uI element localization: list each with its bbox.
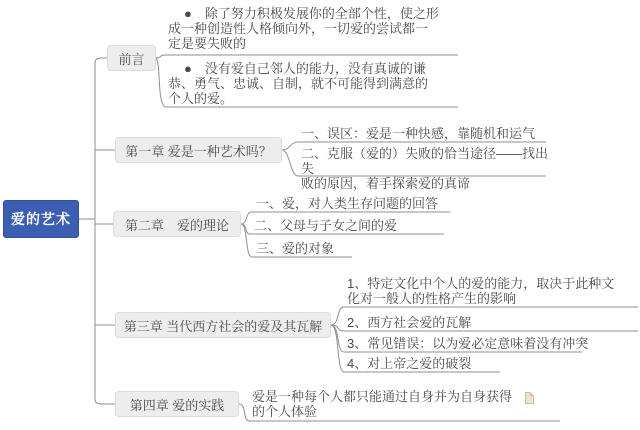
chapter1-item-1[interactable]: 一、误区：爱是一种快感，靠随机和运气 (301, 126, 551, 141)
mindmap-canvas: 爱的艺术 前言 第一章 爱是一种艺术吗？ 第二章 爱的理论 第三章 当代西方社会… (0, 0, 640, 430)
branch-chapter1[interactable]: 第一章 爱是一种艺术吗？ (115, 137, 282, 163)
chapter2-item-3[interactable]: 三、爱的对象 (256, 241, 396, 256)
branch-chapter2[interactable]: 第二章 爱的理论 (113, 211, 241, 237)
foreword-item-1[interactable]: ● 除了努力积极发展你的全部个性，使之形 成一种创造性人格倾向外，一切爱的尝试都… (168, 6, 460, 51)
branch-chapter3[interactable]: 第三章 当代西方社会的爱及其瓦解 (115, 312, 331, 338)
chapter3-item-3[interactable]: 3、常见错误：以为爱必定意味着没有冲突 (347, 336, 607, 351)
note-icon[interactable] (525, 392, 534, 404)
chapter3-item-4[interactable]: 4、对上帝之爱的破裂 (347, 356, 547, 371)
connector-branch-chapter4 (95, 399, 115, 404)
branch-chapter4[interactable]: 第四章 爱的实践 (115, 391, 239, 417)
connector-foreword-item1 (156, 55, 458, 58)
branch-foreword[interactable]: 前言 (107, 45, 156, 71)
chapter3-item-1[interactable]: 1、特定文化中个人的爱的能力，取决于此种文 化对一般人的性格产生的影响 (347, 276, 633, 306)
chapter2-item-2[interactable]: 二、父母与子女之间的爱 (254, 218, 454, 233)
root-topic[interactable]: 爱的艺术 (3, 200, 79, 238)
connector-branch-foreword (95, 58, 107, 63)
chapter1-item-2[interactable]: 二、克服（爱的）失败的恰当途径——找出失 败的原因，着手探索爱的真谛 (301, 146, 553, 191)
chapter2-item-1[interactable]: 一、爱，对人类生存问题的回答 (256, 196, 456, 211)
chapter4-item-1[interactable]: 爱是一种每个人都只能通过自身并为自身获得 的个人体验 (252, 389, 524, 419)
foreword-item-2[interactable]: ● 没有爱自己邻人的能力，没有真诚的谦 恭、勇气、忠诚、自制，就不可能得到满意的… (168, 61, 460, 106)
chapter3-item-2[interactable]: 2、西方社会爱的瓦解 (347, 315, 547, 330)
